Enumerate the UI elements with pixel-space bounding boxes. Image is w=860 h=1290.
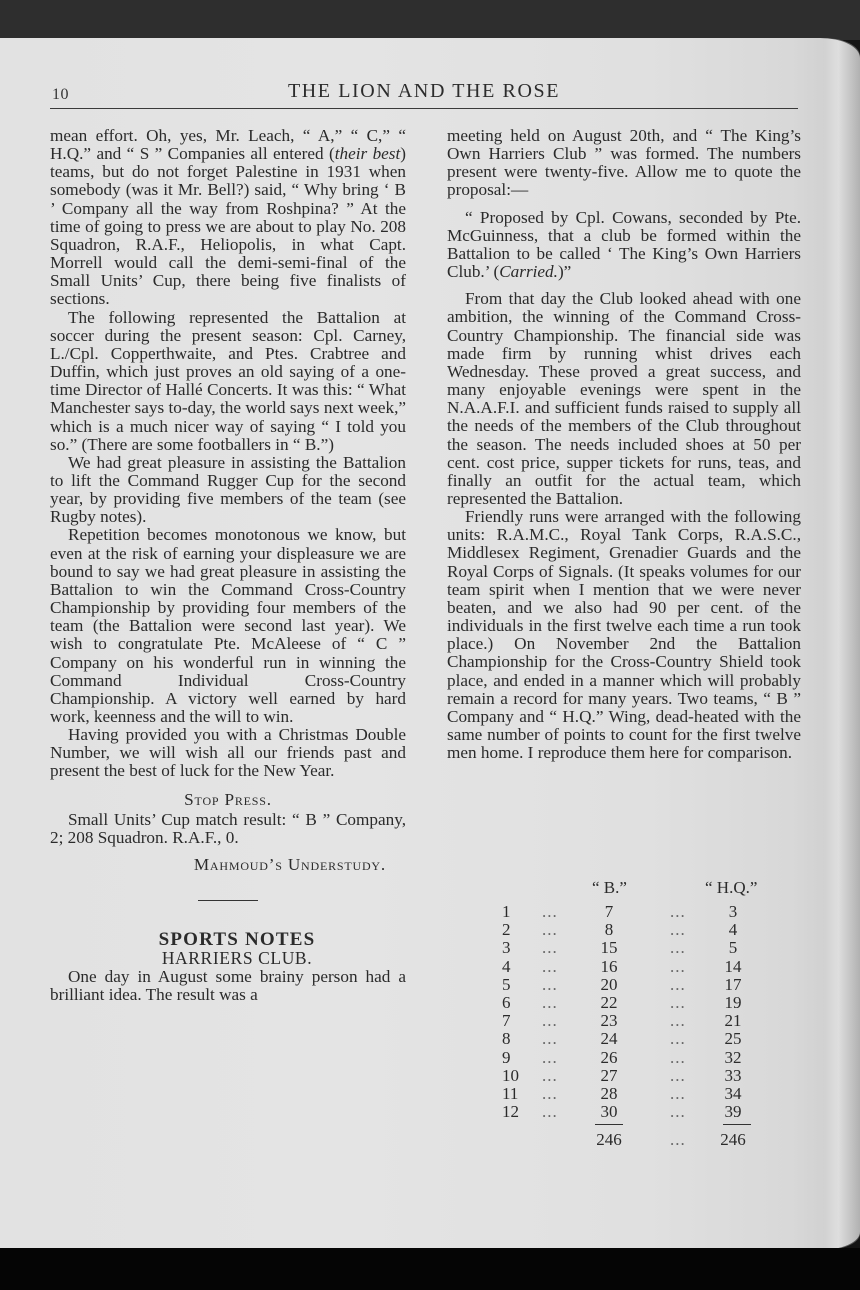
separator: ... <box>542 993 558 1013</box>
separator: ... <box>542 1066 558 1086</box>
b-company-cell: 7 <box>592 902 626 922</box>
sum-rule-b <box>595 1124 623 1125</box>
b-company-cell: 26 <box>592 1048 626 1068</box>
separator: ... <box>542 957 558 977</box>
table-row: 1...7...3 <box>480 902 800 920</box>
b-company-cell: 8 <box>592 920 626 940</box>
left-column: mean effort. Oh, yes, Mr. Leach, “ A,” “… <box>50 127 406 1004</box>
paragraph: Friendly runs were arranged with the fol… <box>447 508 801 762</box>
b-company-cell: 15 <box>592 938 626 958</box>
separator: ... <box>670 1130 686 1150</box>
section-title: SPORTS NOTES <box>50 931 406 949</box>
section-subtitle: HARRIERS CLUB. <box>50 949 406 967</box>
separator: ... <box>542 1048 558 1068</box>
position-cell: 4 <box>502 957 522 977</box>
running-title: THE LION AND THE ROSE <box>50 80 798 103</box>
emphasis: Carried. <box>499 262 558 281</box>
hq-wing-cell: 32 <box>718 1048 748 1068</box>
table-row: 11...28...34 <box>480 1084 800 1102</box>
hq-wing-cell: 14 <box>718 957 748 977</box>
section-divider <box>198 900 258 901</box>
table-row: 2...8...4 <box>480 920 800 938</box>
b-company-cell: 27 <box>592 1066 626 1086</box>
total-b: 246 <box>592 1130 626 1150</box>
separator: ... <box>670 975 686 995</box>
b-company-cell: 16 <box>592 957 626 977</box>
column-header-b: “ B.” <box>592 878 627 898</box>
hq-wing-cell: 34 <box>718 1084 748 1104</box>
table-row: 7...23...21 <box>480 1011 800 1029</box>
hq-wing-cell: 5 <box>718 938 748 958</box>
separator: ... <box>670 1066 686 1086</box>
b-company-cell: 28 <box>592 1084 626 1104</box>
separator: ... <box>670 1029 686 1049</box>
position-cell: 1 <box>502 902 522 922</box>
totals-row: 246 ... 246 <box>480 1130 800 1150</box>
position-cell: 10 <box>502 1066 522 1086</box>
separator: ... <box>670 1011 686 1031</box>
position-cell: 6 <box>502 993 522 1013</box>
emphasis: their best <box>335 144 401 163</box>
separator: ... <box>670 1084 686 1104</box>
paragraph: One day in August some brainy person had… <box>50 968 406 1004</box>
signature: Mahmoud’s Understudy. <box>50 856 406 874</box>
background-top <box>0 0 860 40</box>
stop-press-heading: Stop Press. <box>50 791 406 809</box>
hq-wing-cell: 39 <box>718 1102 748 1122</box>
paragraph: mean effort. Oh, yes, Mr. Leach, “ A,” “… <box>50 127 406 309</box>
column-header-hq: “ H.Q.” <box>705 878 757 898</box>
separator: ... <box>542 1102 558 1122</box>
hq-wing-cell: 19 <box>718 993 748 1013</box>
paragraph: The following represented the Battalion … <box>50 309 406 454</box>
results-table: “ B.” “ H.Q.” 1...7...32...8...43...15..… <box>480 878 800 1150</box>
hq-wing-cell: 17 <box>718 975 748 995</box>
separator: ... <box>670 902 686 922</box>
position-cell: 3 <box>502 938 522 958</box>
separator: ... <box>670 957 686 977</box>
hq-wing-cell: 3 <box>718 902 748 922</box>
right-column: meeting held on August 20th, and “ The K… <box>447 127 801 762</box>
results-header: “ B.” “ H.Q.” <box>480 878 800 902</box>
position-cell: 2 <box>502 920 522 940</box>
hq-wing-cell: 25 <box>718 1029 748 1049</box>
running-head: 10 THE LION AND THE ROSE <box>50 80 798 106</box>
table-row: 10...27...33 <box>480 1066 800 1084</box>
position-cell: 11 <box>502 1084 522 1104</box>
separator: ... <box>542 1084 558 1104</box>
b-company-cell: 24 <box>592 1029 626 1049</box>
separator: ... <box>670 938 686 958</box>
position-cell: 7 <box>502 1011 522 1031</box>
hq-wing-cell: 21 <box>718 1011 748 1031</box>
position-cell: 12 <box>502 1102 522 1122</box>
b-company-cell: 22 <box>592 993 626 1013</box>
header-rule <box>50 108 798 109</box>
separator: ... <box>670 920 686 940</box>
separator: ... <box>542 920 558 940</box>
paragraph: From that day the Club looked ahead with… <box>447 290 801 508</box>
b-company-cell: 23 <box>592 1011 626 1031</box>
separator: ... <box>542 1029 558 1049</box>
position-cell: 9 <box>502 1048 522 1068</box>
paragraph: meeting held on August 20th, and “ The K… <box>447 127 801 200</box>
separator: ... <box>542 975 558 995</box>
separator: ... <box>542 902 558 922</box>
table-row: 3...15...5 <box>480 938 800 956</box>
table-row: 6...22...19 <box>480 993 800 1011</box>
b-company-cell: 30 <box>592 1102 626 1122</box>
separator: ... <box>670 1102 686 1122</box>
paragraph: Having provided you with a Christmas Dou… <box>50 726 406 780</box>
sum-rule-hq <box>723 1124 751 1125</box>
table-row: 12...30...39 <box>480 1102 800 1120</box>
hq-wing-cell: 33 <box>718 1066 748 1086</box>
separator: ... <box>670 1048 686 1068</box>
paragraph: We had great pleasure in assisting the B… <box>50 454 406 527</box>
position-cell: 8 <box>502 1029 522 1049</box>
sum-rules <box>480 1120 800 1128</box>
separator: ... <box>542 938 558 958</box>
stop-press-text: Small Units’ Cup match result: “ B ” Com… <box>50 811 406 847</box>
paragraph: Repetition becomes monotonous we know, b… <box>50 526 406 726</box>
total-hq: 246 <box>718 1130 748 1150</box>
quotation: “ Proposed by Cpl. Cowans, seconded by P… <box>447 209 801 282</box>
table-row: 4...16...14 <box>480 957 800 975</box>
separator: ... <box>670 993 686 1013</box>
b-company-cell: 20 <box>592 975 626 995</box>
table-row: 9...26...32 <box>480 1048 800 1066</box>
background-bottom <box>0 1248 860 1290</box>
table-row: 5...20...17 <box>480 975 800 993</box>
results-rows: 1...7...32...8...43...15...54...16...145… <box>480 902 800 1120</box>
table-row: 8...24...25 <box>480 1029 800 1047</box>
hq-wing-cell: 4 <box>718 920 748 940</box>
position-cell: 5 <box>502 975 522 995</box>
separator: ... <box>542 1011 558 1031</box>
